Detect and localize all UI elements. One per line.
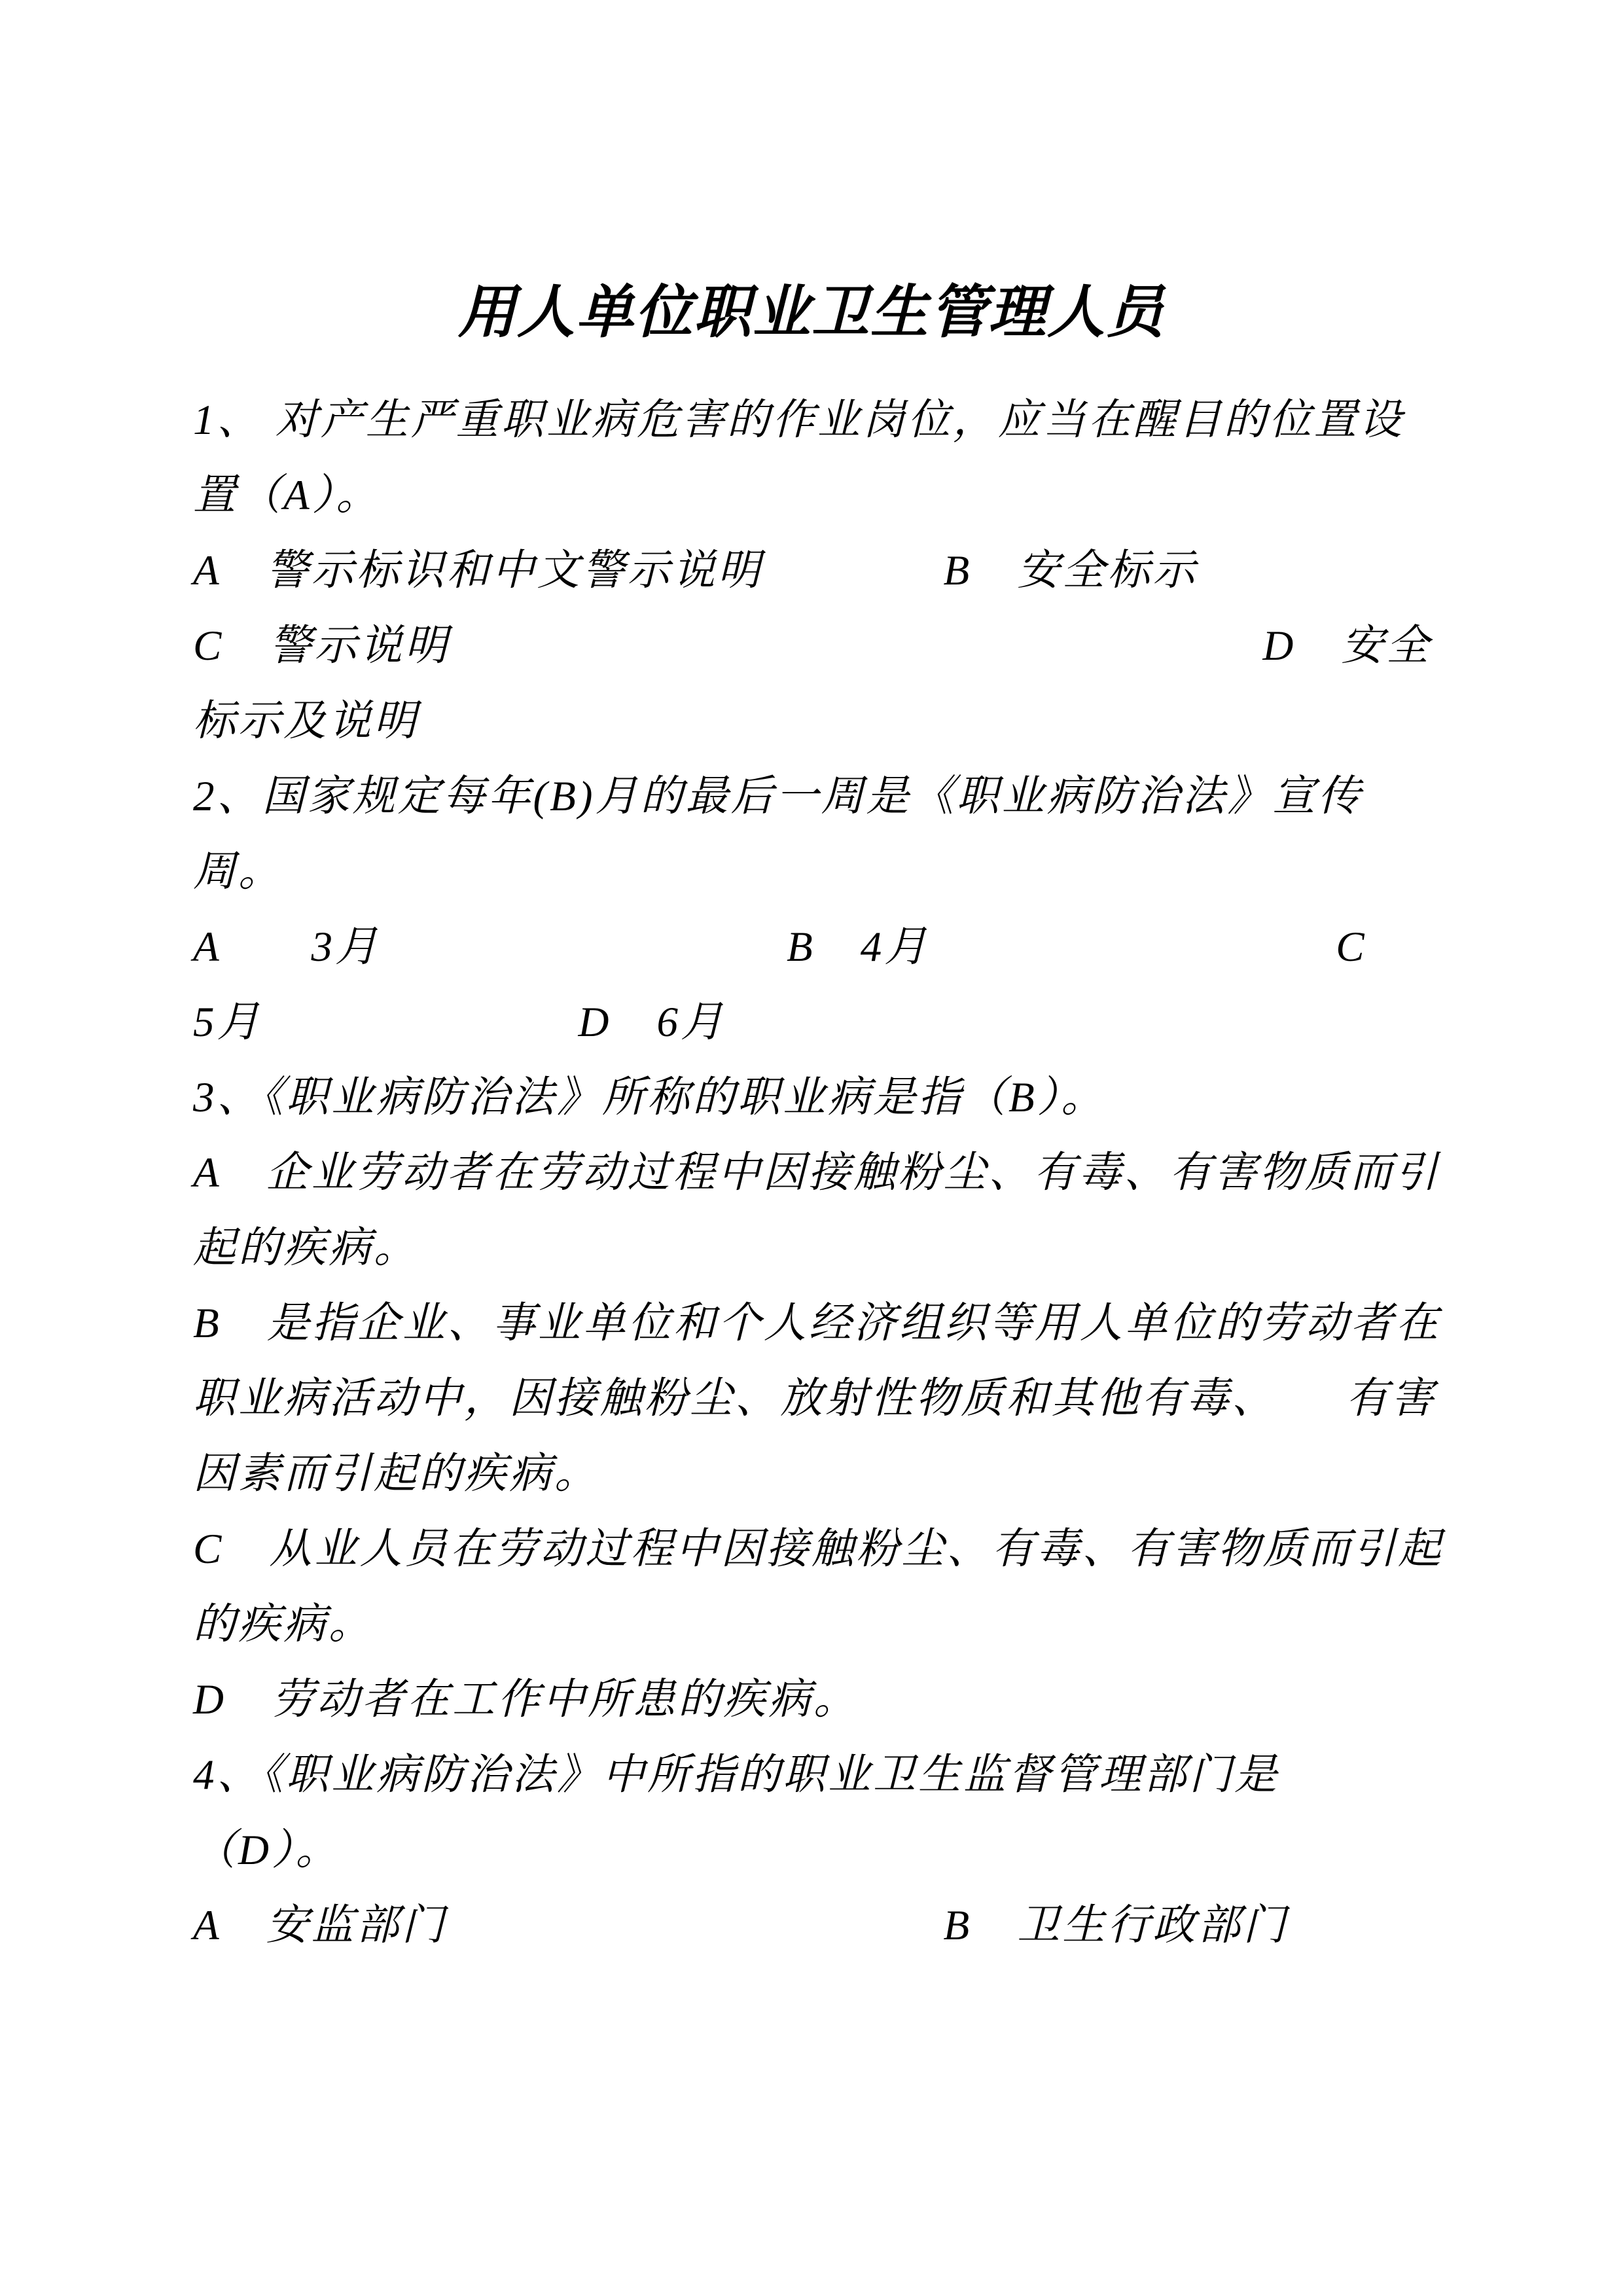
question-3-option-c-line-2: 的疾病。 — [193, 1587, 1450, 1662]
question-2-options-cd-continued: 5月 D 6月 — [193, 985, 1450, 1060]
question-3-option-b-line-2: 职业病活动中，因接触粉尘、放射性物质和其他有毒、 有害 — [193, 1361, 1450, 1437]
document-body: 1、 对产生严重职业病危害的作业岗位，应当在醒目的位置设 置（A）。 A 警示标… — [193, 383, 1450, 1964]
question-3-option-b-line-3: 因素而引起的疾病。 — [193, 1437, 1450, 1512]
question-3-line-1: 3、《职业病防治法》所称的职业病是指（B）。 — [193, 1060, 1450, 1136]
question-3-option-c-line-1: C 从业人员在劳动过程中因接触粉尘、有毒、有害物质而引起 — [193, 1512, 1450, 1587]
question-3-option-d: D 劳动者在工作中所患的疾病。 — [193, 1662, 1450, 1738]
question-4-line-2: （D）。 — [193, 1813, 1450, 1888]
question-4-line-1: 4、《职业病防治法》中所指的职业卫生监督管理部门是 — [193, 1738, 1450, 1813]
question-2-line-1: 2、国家规定每年(B)月的最后一周是《职业病防治法》宣传 — [193, 759, 1450, 834]
question-1-options-ab: A 警示标识和中文警示说明 B 安全标示 — [193, 533, 1450, 609]
question-3-option-b-line-1: B 是指企业、事业单位和个人经济组织等用人单位的劳动者在 — [193, 1286, 1450, 1361]
question-4-options-ab: A 安监部门 B 卫生行政部门 — [193, 1888, 1450, 1964]
question-3-option-a-line-1: A 企业劳动者在劳动过程中因接触粉尘、有毒、有害物质而引 — [193, 1136, 1450, 1211]
question-1-line-2: 置（A）。 — [193, 458, 1450, 533]
question-1-option-d-continued: 标示及说明 — [193, 684, 1450, 759]
document-title: 用人单位职业卫生管理人员 — [0, 278, 1623, 350]
question-2-line-2: 周。 — [193, 834, 1450, 910]
question-1-options-cd: C 警示说明 D 安全 — [193, 609, 1450, 684]
document-page: 用人单位职业卫生管理人员 1、 对产生严重职业病危害的作业岗位，应当在醒目的位置… — [0, 0, 1623, 2296]
question-2-options-abc: A 3月 B 4月 C — [193, 910, 1450, 985]
question-1-line-1: 1、 对产生严重职业病危害的作业岗位，应当在醒目的位置设 — [193, 383, 1450, 458]
question-3-option-a-line-2: 起的疾病。 — [193, 1211, 1450, 1286]
